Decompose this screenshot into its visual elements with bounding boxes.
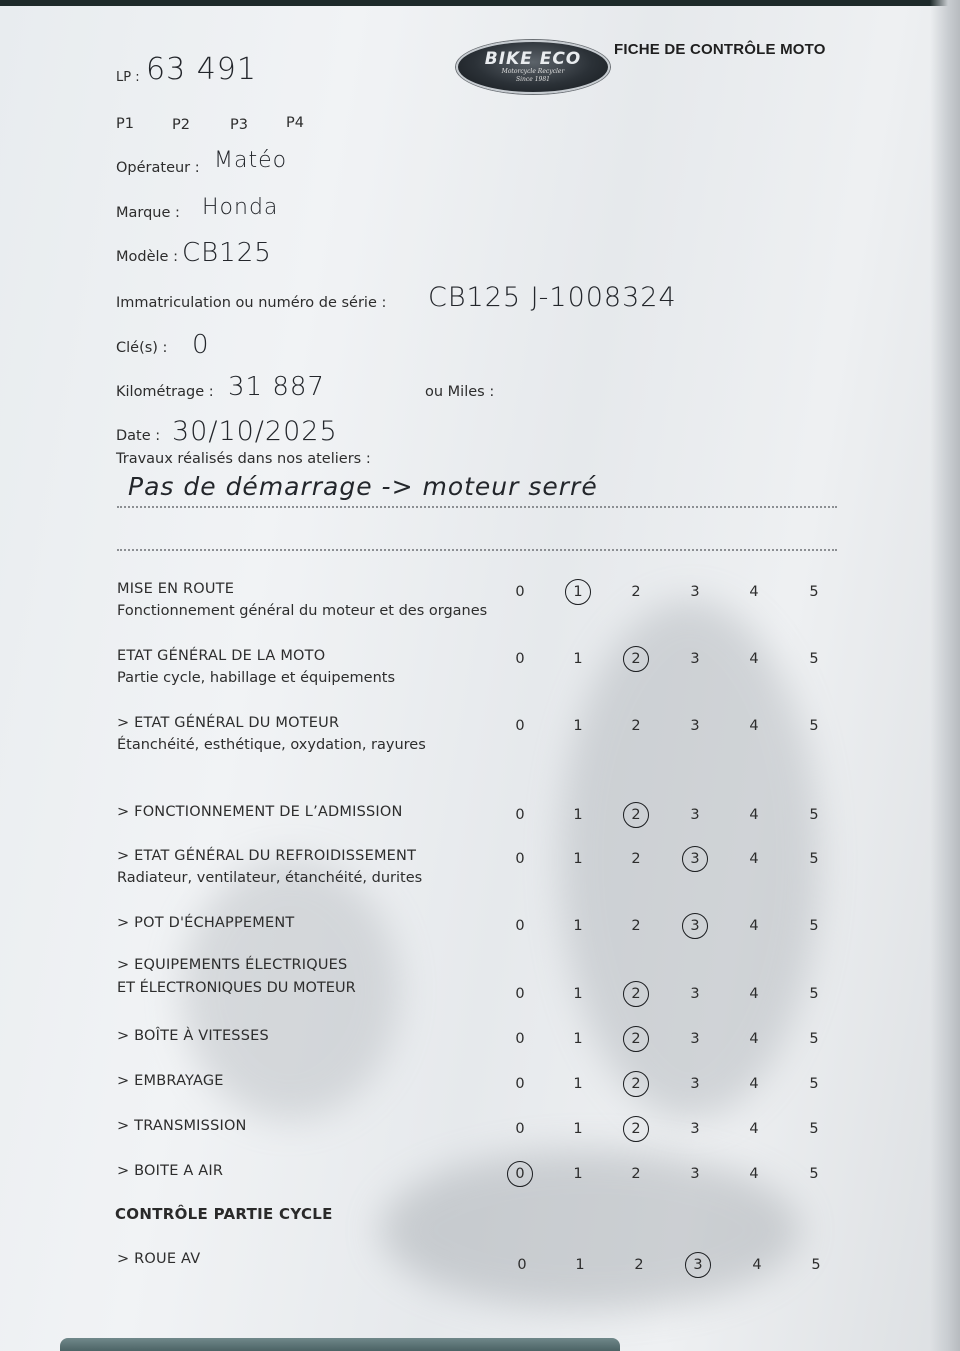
- score-option-0[interactable]: 0: [508, 914, 532, 938]
- score-option-3[interactable]: 3: [683, 847, 707, 871]
- score-option-1[interactable]: 1: [566, 714, 590, 738]
- score-option-2[interactable]: 2: [624, 803, 648, 827]
- check-subtitle: Radiateur, ventilateur, étanchéité, duri…: [117, 870, 422, 886]
- score-option-5[interactable]: 5: [802, 847, 826, 871]
- score-option-1[interactable]: 1: [566, 1072, 590, 1096]
- check-title: > ETAT GÉNÉRAL DU REFROIDISSEMENT: [117, 848, 416, 864]
- score-option-4[interactable]: 4: [742, 914, 766, 938]
- score-option-3[interactable]: 3: [683, 714, 707, 738]
- score-option-5[interactable]: 5: [802, 714, 826, 738]
- score-option-5[interactable]: 5: [802, 1027, 826, 1051]
- score-option-3[interactable]: 3: [686, 1253, 710, 1277]
- lp-value[interactable]: 63 491: [146, 52, 257, 87]
- document-title: FICHE DE CONTRÔLE MOTO: [614, 41, 826, 58]
- score-option-3[interactable]: 3: [683, 580, 707, 604]
- score-option-0[interactable]: 0: [508, 1027, 532, 1051]
- score-option-1[interactable]: 1: [566, 803, 590, 827]
- score-option-5[interactable]: 5: [802, 1162, 826, 1186]
- brand-value[interactable]: Honda: [202, 195, 278, 220]
- score-option-1[interactable]: 1: [566, 982, 590, 1006]
- score-option-5[interactable]: 5: [802, 982, 826, 1006]
- work-line-2-divider: [117, 549, 837, 551]
- position-p2[interactable]: P2: [172, 117, 190, 133]
- bike-eco-logo: BIKE ECO Motorcycle Recycler Since 1981: [456, 40, 610, 94]
- brand-label: Marque :: [116, 205, 180, 221]
- score-option-3[interactable]: 3: [683, 914, 707, 938]
- position-p4[interactable]: P4: [286, 115, 304, 131]
- score-option-4[interactable]: 4: [742, 847, 766, 871]
- score-option-3[interactable]: 3: [683, 803, 707, 827]
- score-option-0[interactable]: 0: [508, 803, 532, 827]
- section-heading-cycle: CONTRÔLE PARTIE CYCLE: [115, 1205, 333, 1223]
- check-title: > POT D'ÉCHAPPEMENT: [117, 915, 294, 931]
- keys-label: Clé(s) :: [116, 340, 167, 356]
- score-option-2[interactable]: 2: [624, 647, 648, 671]
- shadow-overlay: [380, 1150, 800, 1310]
- check-title: MISE EN ROUTE: [117, 581, 234, 597]
- score-option-5[interactable]: 5: [802, 580, 826, 604]
- score-option-0[interactable]: 0: [508, 1117, 532, 1141]
- work-line-1[interactable]: Pas de démarrage -> moteur serré: [128, 472, 598, 501]
- score-option-2[interactable]: 2: [624, 1027, 648, 1051]
- score-option-0[interactable]: 0: [508, 982, 532, 1006]
- check-title: > BOITE A AIR: [117, 1163, 223, 1179]
- lp-label: LP :: [116, 70, 140, 85]
- mileage-value[interactable]: 31 887: [228, 372, 325, 402]
- score-option-5[interactable]: 5: [802, 914, 826, 938]
- check-title: > TRANSMISSION: [117, 1118, 247, 1134]
- check-subtitle: Partie cycle, habillage et équipements: [117, 670, 395, 686]
- score-option-1[interactable]: 1: [566, 580, 590, 604]
- score-option-4[interactable]: 4: [742, 580, 766, 604]
- score-option-4[interactable]: 4: [742, 1117, 766, 1141]
- position-p1[interactable]: P1: [116, 116, 134, 132]
- logo-since: Since 1981: [516, 76, 550, 84]
- score-option-1[interactable]: 1: [566, 647, 590, 671]
- logo-name: BIKE ECO: [485, 51, 582, 68]
- score-option-1[interactable]: 1: [566, 1117, 590, 1141]
- score-option-0[interactable]: 0: [508, 580, 532, 604]
- score-option-4[interactable]: 4: [742, 1162, 766, 1186]
- score-option-2[interactable]: 2: [624, 1072, 648, 1096]
- date-label: Date :: [116, 428, 160, 444]
- score-option-5[interactable]: 5: [802, 803, 826, 827]
- check-title: ETAT GÉNÉRAL DE LA MOTO: [117, 648, 325, 664]
- score-option-3[interactable]: 3: [683, 1117, 707, 1141]
- date-value[interactable]: 30/10/2025: [172, 416, 338, 447]
- registration-value[interactable]: CB125 J-1008324: [428, 282, 677, 313]
- score-option-5[interactable]: 5: [802, 1117, 826, 1141]
- score-option-5[interactable]: 5: [802, 647, 826, 671]
- work-label: Travaux réalisés dans nos ateliers :: [116, 451, 371, 467]
- keys-value[interactable]: 0: [192, 330, 210, 360]
- score-option-5[interactable]: 5: [802, 1072, 826, 1096]
- score-option-2[interactable]: 2: [624, 1162, 648, 1186]
- check-title: > ETAT GÉNÉRAL DU MOTEUR: [117, 715, 339, 731]
- score-option-4[interactable]: 4: [742, 714, 766, 738]
- score-option-3[interactable]: 3: [683, 1027, 707, 1051]
- operator-value[interactable]: Matéo: [214, 148, 287, 173]
- score-option-0[interactable]: 0: [510, 1253, 534, 1277]
- score-option-0[interactable]: 0: [508, 647, 532, 671]
- score-option-1[interactable]: 1: [566, 1027, 590, 1051]
- miles-label: ou Miles :: [425, 384, 494, 400]
- work-line-1-divider: [117, 506, 837, 508]
- score-option-0[interactable]: 0: [508, 714, 532, 738]
- score-option-4[interactable]: 4: [742, 982, 766, 1006]
- score-option-3[interactable]: 3: [683, 647, 707, 671]
- score-option-0[interactable]: 0: [508, 1072, 532, 1096]
- score-option-4[interactable]: 4: [742, 1072, 766, 1096]
- mileage-label: Kilométrage :: [116, 384, 214, 400]
- operator-label: Opérateur :: [116, 160, 200, 176]
- score-option-4[interactable]: 4: [742, 647, 766, 671]
- score-option-1[interactable]: 1: [566, 847, 590, 871]
- score-option-2[interactable]: 2: [624, 1117, 648, 1141]
- check-title: > BOÎTE À VITESSES: [117, 1028, 269, 1044]
- score-option-3[interactable]: 3: [683, 1072, 707, 1096]
- score-option-1[interactable]: 1: [566, 1162, 590, 1186]
- score-option-2[interactable]: 2: [624, 847, 648, 871]
- check-title: > FONCTIONNEMENT DE L’ADMISSION: [117, 804, 403, 820]
- photo-edge-bottom: [60, 1338, 620, 1351]
- check-title: > ROUE AV: [117, 1251, 200, 1267]
- score-option-4[interactable]: 4: [742, 803, 766, 827]
- score-option-1[interactable]: 1: [566, 914, 590, 938]
- score-option-0[interactable]: 0: [508, 1162, 532, 1186]
- score-option-5[interactable]: 5: [804, 1253, 828, 1277]
- score-option-4[interactable]: 4: [745, 1253, 769, 1277]
- check-subtitle: Fonctionnement général du moteur et des …: [117, 603, 487, 619]
- score-option-1[interactable]: 1: [568, 1253, 592, 1277]
- logo-tagline: Motorcycle Recycler: [502, 68, 565, 76]
- score-option-2[interactable]: 2: [624, 914, 648, 938]
- check-title: > EMBRAYAGE: [117, 1073, 224, 1089]
- score-option-3[interactable]: 3: [683, 1162, 707, 1186]
- check-subtitle: ET ÉLECTRONIQUES DU MOTEUR: [117, 980, 356, 996]
- score-option-0[interactable]: 0: [508, 847, 532, 871]
- model-label: Modèle :: [116, 249, 178, 265]
- photo-edge-right: [930, 0, 960, 1351]
- score-option-3[interactable]: 3: [683, 982, 707, 1006]
- score-option-4[interactable]: 4: [742, 1027, 766, 1051]
- check-subtitle: Étanchéité, esthétique, oxydation, rayur…: [117, 737, 426, 753]
- check-title: > EQUIPEMENTS ÉLECTRIQUES: [117, 957, 347, 973]
- score-option-2[interactable]: 2: [624, 580, 648, 604]
- score-option-2[interactable]: 2: [624, 982, 648, 1006]
- score-option-2[interactable]: 2: [627, 1253, 651, 1277]
- score-option-2[interactable]: 2: [624, 714, 648, 738]
- registration-label: Immatriculation ou numéro de série :: [116, 295, 386, 311]
- position-p3[interactable]: P3: [230, 117, 248, 133]
- model-value[interactable]: CB125: [182, 238, 272, 268]
- photo-edge-top: [0, 0, 960, 6]
